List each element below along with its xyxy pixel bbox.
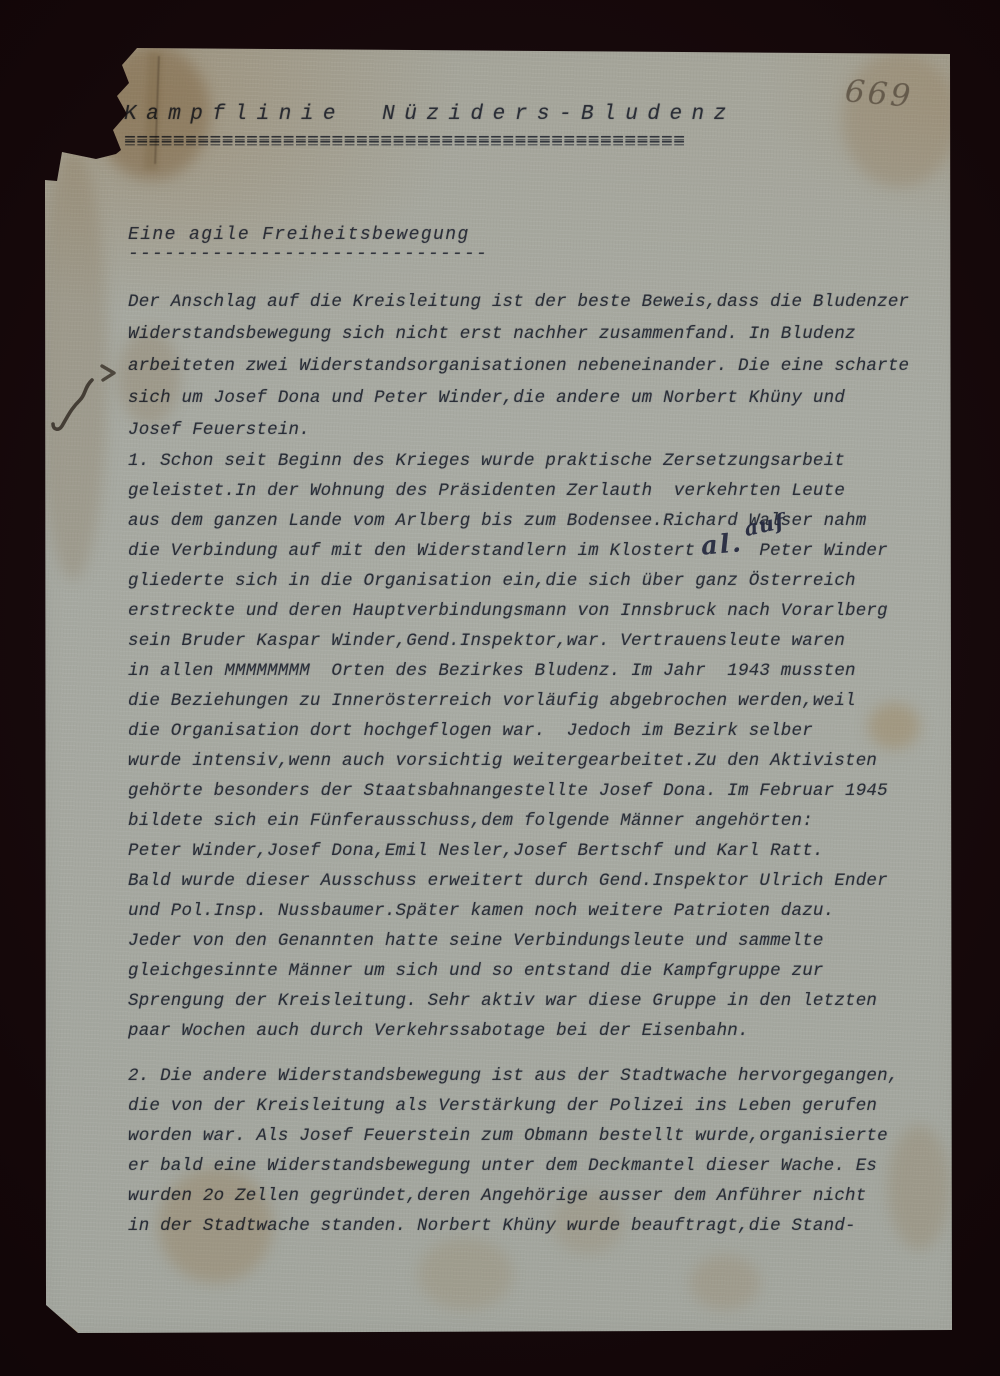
- pencil-margin-mark: [40, 336, 130, 446]
- typed-line: sich um Josef Dona und Peter Winder,die …: [128, 382, 909, 414]
- handwritten-correction-al: al.: [700, 528, 744, 562]
- typed-line: geleistet.In der Wohnung des Präsidenten…: [128, 476, 888, 506]
- typed-line: Widerstandsbewegung sich nicht erst nach…: [128, 318, 909, 350]
- folded-corner: [45, 1297, 81, 1333]
- typed-line: erstreckte und deren Hauptverbindungsman…: [128, 596, 888, 626]
- typed-line: Jeder von den Genannten hatte seine Verb…: [128, 926, 888, 956]
- document-title: Kampflinie Nüziders-Bludenz: [124, 102, 736, 128]
- typed-line: in allen MMMMMMMM Orten des Bezirkes Blu…: [128, 656, 888, 686]
- typed-line: gliederte sich in die Organisation ein,d…: [128, 566, 888, 596]
- typed-line: und Pol.Insp. Nussbaumer.Später kamen no…: [128, 896, 888, 926]
- intro-paragraph: Der Anschlag auf die Kreisleitung ist de…: [128, 286, 909, 446]
- typed-line: worden war. Als Josef Feuerstein zum Obm…: [128, 1121, 899, 1151]
- typed-line: Peter Winder,Josef Dona,Emil Nesler,Jose…: [128, 836, 888, 866]
- typed-line: wurde intensiv,wenn auch vorsichtig weit…: [128, 746, 888, 776]
- typed-line: die Beziehungen zu Innerösterreich vorlä…: [128, 686, 888, 716]
- typed-line: Sprengung der Kreisleitung. Sehr aktiv w…: [128, 986, 888, 1016]
- typed-line: Der Anschlag auf die Kreisleitung ist de…: [128, 286, 909, 318]
- typed-line: die von der Kreisleitung als Verstärkung…: [128, 1091, 899, 1121]
- typed-line: Josef Feuerstein.: [128, 414, 909, 446]
- typed-line: gleichgesinnte Männer um sich und so ent…: [128, 956, 888, 986]
- typed-line: arbeiteten zwei Widerstandsorganisatione…: [128, 350, 909, 382]
- section-heading-block: Eine agile Freiheitsbewegung -----------…: [128, 224, 488, 261]
- typed-line: 2. Die andere Widerstandsbewegung ist au…: [128, 1061, 899, 1091]
- typed-line: wurden 2o Zellen gegründet,deren Angehör…: [128, 1181, 899, 1211]
- typed-line: gehörte besonders der Staatsbahnangestel…: [128, 776, 888, 806]
- typed-line: paar Wochen auch durch Verkehrssabotage …: [128, 1016, 888, 1046]
- typed-line: die Verbindung auf mit den Widerstandler…: [128, 536, 888, 566]
- typed-line: Bald wurde dieser Ausschuss erweitert du…: [128, 866, 888, 896]
- section-2-paragraph: 2. Die andere Widerstandsbewegung ist au…: [128, 1061, 899, 1241]
- section-1-paragraph: 1. Schon seit Beginn des Krieges wurde p…: [128, 446, 888, 1046]
- section-heading: Eine agile Freiheitsbewegung: [128, 224, 488, 246]
- typed-line: er bald eine Widerstandsbewegung unter d…: [128, 1151, 899, 1181]
- handwritten-page-number: 669: [844, 73, 915, 115]
- typed-line: sein Bruder Kaspar Winder,Gend.Inspektor…: [128, 626, 888, 656]
- document-page: 669 Kampflinie Nüziders-Bludenz ========…: [0, 0, 1000, 1376]
- typed-line: bildete sich ein Fünferausschuss,dem fol…: [128, 806, 888, 836]
- heading-underline: ------------------------------: [128, 247, 488, 261]
- typed-line: die Organisation dort hochgeflogen war. …: [128, 716, 888, 746]
- title-underline: ========================================…: [124, 135, 736, 149]
- typed-line: 1. Schon seit Beginn des Krieges wurde p…: [128, 446, 888, 476]
- typed-line: in der Stadtwache standen. Norbert Khüny…: [128, 1211, 899, 1241]
- paper-stain: [418, 1238, 513, 1310]
- title-block: Kampflinie Nüziders-Bludenz ============…: [124, 102, 736, 149]
- paper-stain: [842, 52, 957, 187]
- paper-stain: [690, 1255, 760, 1310]
